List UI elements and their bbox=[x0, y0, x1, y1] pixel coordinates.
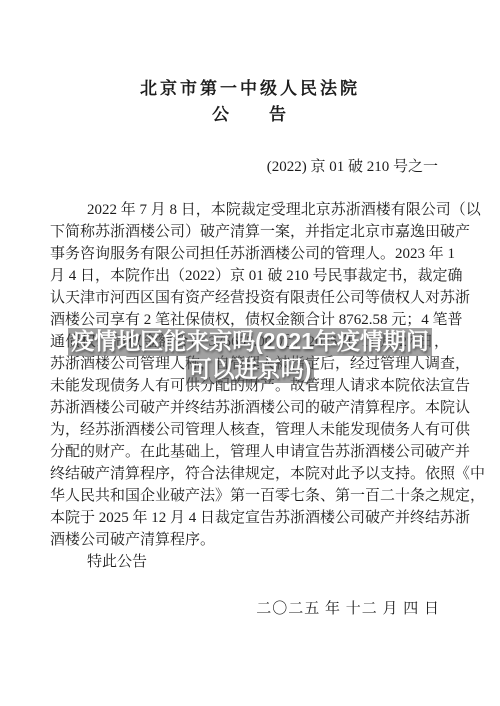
body-line: 酒楼公司享有 2 笔社保债权，债权金额合计 8762.58 元；4 笔普 bbox=[50, 309, 449, 331]
body-line: 月 4 日，本院作出（2022）京 01 破 210 号民事裁定书，裁定确 bbox=[50, 265, 449, 287]
body-line: 2022 年 7 月 8 日，本院裁定受理北京苏浙酒楼有限公司（以 bbox=[50, 199, 449, 221]
body-line: 分配的财产。在此基础上，管理人申请宣告苏浙酒楼公司破产并 bbox=[50, 441, 449, 463]
body-line: 未能发现债务人有可供分配的财产。故管理人请求本院依法宣告 bbox=[50, 375, 449, 397]
body-line: 事务咨询服务有限公司担任苏浙酒楼公司的管理人。2023 年 1 bbox=[50, 243, 449, 265]
body-line: 下简称苏浙酒楼公司）破产清算一案，并指定北京市嘉逸田破产 bbox=[50, 221, 449, 243]
case-number: (2022) 京 01 破 210 号之一 bbox=[267, 155, 438, 176]
body-line: 终结破产清算程序，符合法律规定，本院对此予以支持。依照《中 bbox=[50, 463, 449, 485]
court-name: 北京市第一中级人民法院 bbox=[0, 74, 500, 99]
body-line: 为，经苏浙酒楼公司管理人核查，管理人未能发现债务人有可供 bbox=[50, 419, 449, 441]
closing-line: 特此公告 bbox=[50, 551, 449, 573]
court-announcement-page: 北京市第一中级人民法院 公 告 (2022) 京 01 破 210 号之一 20… bbox=[0, 0, 500, 706]
body-line: 酒楼公司破产清算程序。 bbox=[50, 529, 449, 551]
doc-type-title: 公 告 bbox=[0, 100, 500, 125]
announcement-date: 二〇二五 年 十二 月 四 日 bbox=[256, 597, 440, 618]
body-line: 苏浙酒楼公司破产并终结苏浙酒楼公司的破产清算程序。本院认 bbox=[50, 397, 449, 419]
body-line: 认天津市河西区国有资产经营投资有限责任公司等债权人对苏浙 bbox=[50, 287, 449, 309]
body-line: 华人民共和国企业破产法》第一百零七条、第一百二十条之规定， bbox=[50, 485, 449, 507]
body-line: 本院于 2025 年 12 月 4 日裁定宣告苏浙酒楼公司破产并终结苏浙 bbox=[50, 507, 449, 529]
body-line: 通债权，债权金额合计 375655.00 元。2025 年 11 月 27 日， bbox=[50, 331, 449, 353]
announcement-body: 2022 年 7 月 8 日，本院裁定受理北京苏浙酒楼有限公司（以 下简称苏浙酒… bbox=[50, 199, 449, 573]
body-line: 苏浙酒楼公司管理人称，自管理人被指定后，经过管理人调查， bbox=[50, 353, 449, 375]
